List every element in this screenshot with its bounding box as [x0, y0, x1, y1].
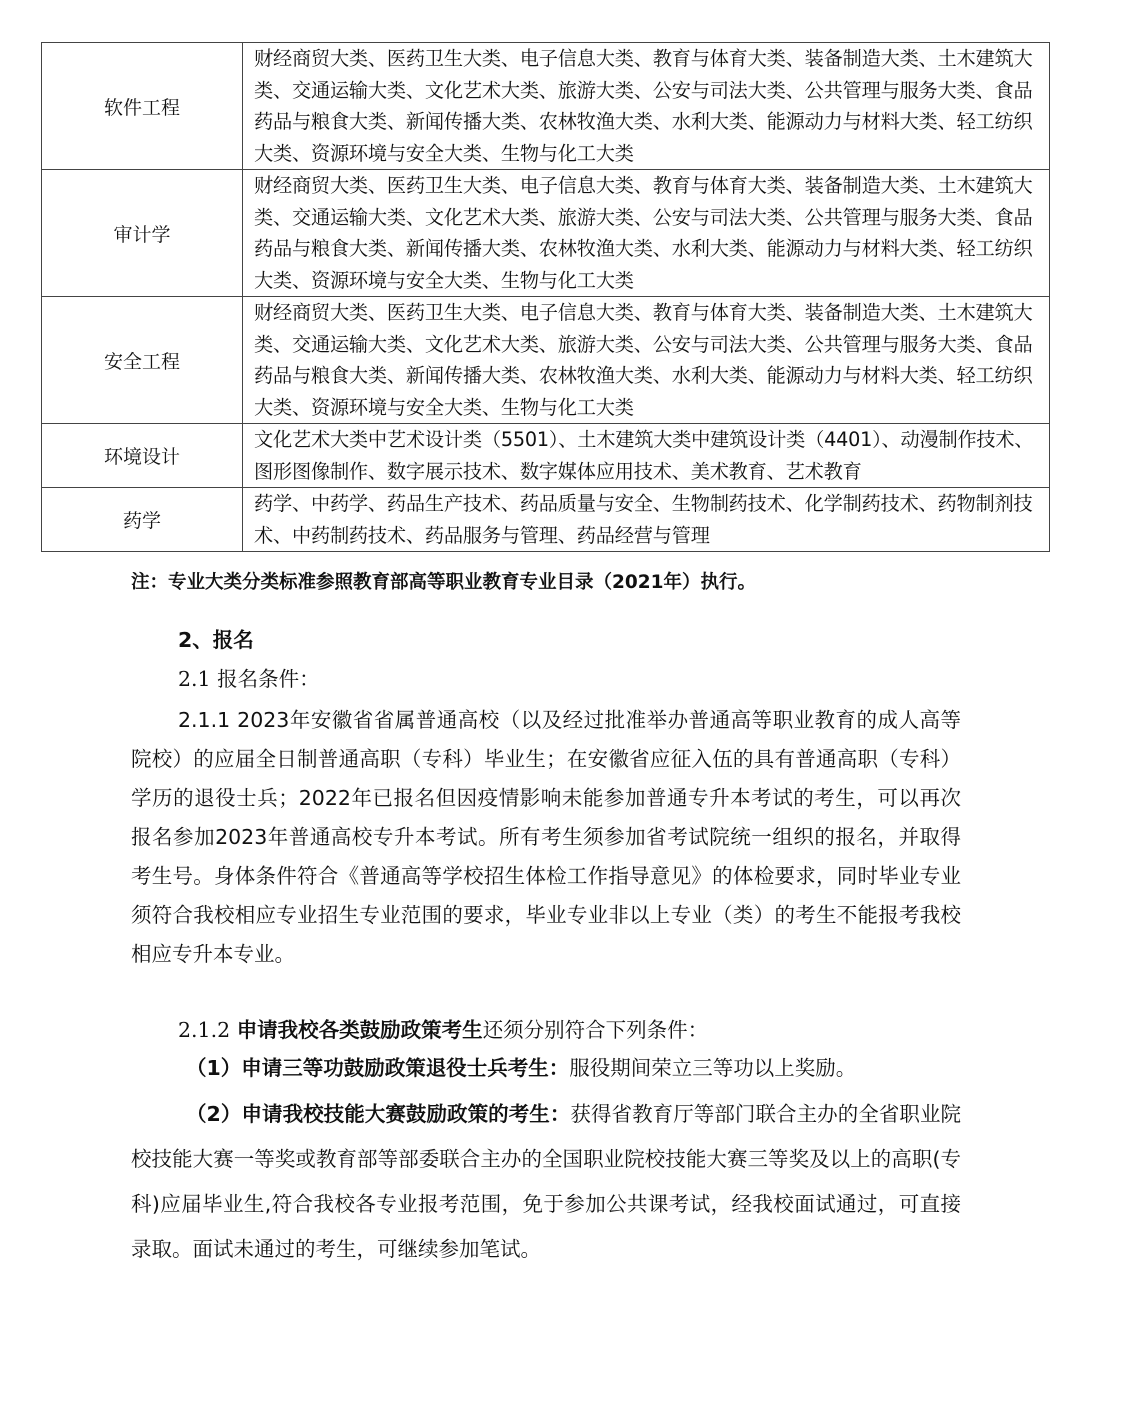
major-name-cell: 安全工程 [42, 297, 243, 424]
table-row: 软件工程 财经商贸大类、医药卫生大类、电子信息大类、教育与体育大类、装备制造大类… [42, 43, 1050, 170]
subsection-heading: 2.1 报名条件： [178, 662, 320, 692]
major-scope-cell: 财经商贸大类、医药卫生大类、电子信息大类、教育与体育大类、装备制造大类、土木建筑… [243, 297, 1050, 424]
major-scope-cell: 药学、中药学、药品生产技术、药品质量与安全、生物制药技术、化学制药技术、药物制剂… [243, 488, 1050, 552]
table-footnote: 注：专业大类分类标准参照教育部高等职业教育专业目录（2021年）执行。 [131, 568, 756, 594]
table-row: 环境设计 文化艺术大类中艺术设计类（5501）、土木建筑大类中建筑设计类（440… [42, 424, 1050, 488]
table-row: 安全工程 财经商贸大类、医药卫生大类、电子信息大类、教育与体育大类、装备制造大类… [42, 297, 1050, 424]
major-name-cell: 审计学 [42, 170, 243, 297]
major-name-cell: 药学 [42, 488, 243, 552]
body-text: 还须分别符合下列条件： [483, 1018, 709, 1042]
major-name-cell: 环境设计 [42, 424, 243, 488]
condition-title: （2）申请我校技能大赛鼓励政策的考生： [186, 1102, 570, 1126]
condition-text: 服役期间荣立三等功以上奖励。 [569, 1056, 856, 1080]
major-scope-cell: 财经商贸大类、医药卫生大类、电子信息大类、教育与体育大类、装备制造大类、土木建筑… [243, 43, 1050, 170]
paragraph-number: 2.1.2 [178, 1018, 237, 1042]
condition-item-1: （1）申请三等功鼓励政策退役士兵考生：服役期间荣立三等功以上奖励。 [186, 1051, 856, 1081]
emphasis-text: 申请我校各类鼓励政策考生 [237, 1018, 483, 1042]
condition-item-2: （2）申请我校技能大赛鼓励政策的考生：获得省教育厅等部门联合主办的全省职业院校技… [131, 1092, 961, 1272]
condition-title: （1）申请三等功鼓励政策退役士兵考生： [186, 1056, 569, 1080]
major-scope-cell: 文化艺术大类中艺术设计类（5501）、土木建筑大类中建筑设计类（4401）、动漫… [243, 424, 1050, 488]
paragraph-2-1-1: 2.1.1 2023年安徽省省属普通高校（以及经过批准举办普通高等职业教育的成人… [131, 701, 961, 974]
paragraph-2-1-2: 2.1.2 申请我校各类鼓励政策考生还须分别符合下列条件： [178, 1013, 708, 1043]
table-row: 药学 药学、中药学、药品生产技术、药品质量与安全、生物制药技术、化学制药技术、药… [42, 488, 1050, 552]
major-name-cell: 软件工程 [42, 43, 243, 170]
majors-scope-table: 软件工程 财经商贸大类、医药卫生大类、电子信息大类、教育与体育大类、装备制造大类… [41, 42, 1050, 552]
section-heading: 2、报名 [178, 623, 254, 653]
major-scope-cell: 财经商贸大类、医药卫生大类、电子信息大类、教育与体育大类、装备制造大类、土木建筑… [243, 170, 1050, 297]
table-row: 审计学 财经商贸大类、医药卫生大类、电子信息大类、教育与体育大类、装备制造大类、… [42, 170, 1050, 297]
